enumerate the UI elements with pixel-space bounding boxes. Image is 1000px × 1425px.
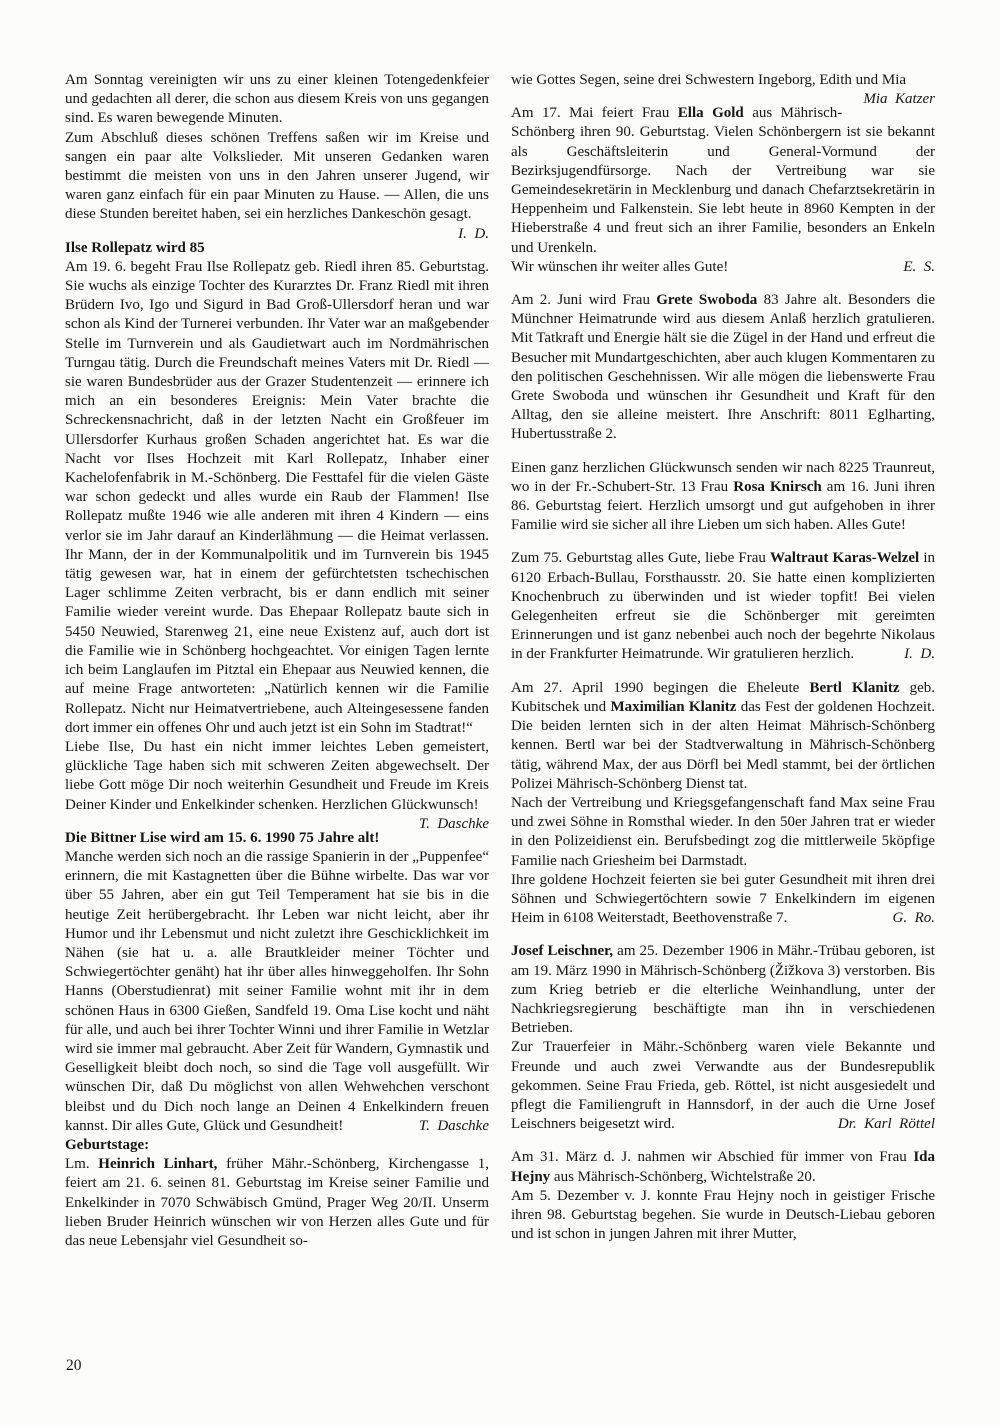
signature: Mia Katzer — [842, 90, 935, 109]
article-paragraph: wie Gottes Segen, seine drei Schwestern … — [511, 71, 935, 90]
article-paragraph: Manche werden sich noch an die rassige S… — [65, 848, 489, 1136]
article-paragraph: Am 31. März d. J. nahmen wir Abschied fü… — [511, 1148, 935, 1186]
page: Am Sonntag vereinigten wir uns zu einer … — [0, 0, 1000, 1425]
text-run: Nach der Vertreibung und Kriegsgefangens… — [511, 795, 935, 869]
person-name-bold: Bertl Klanitz — [809, 680, 899, 696]
article-paragraph: Zur Trauerfeier in Mähr.-Schönberg waren… — [511, 1038, 935, 1134]
article-paragraph: Josef Leischner, am 25. Dezember 1906 in… — [511, 942, 935, 1038]
person-name-bold: Maximilian Klanitz — [610, 699, 736, 715]
text-run: Die Bittner Lise wird am 15. 6. 1990 75 … — [65, 830, 379, 846]
text-run: Am 2. Juni wird Frau — [511, 292, 656, 308]
article-paragraph: Ihre goldene Hochzeit feierten sie bei g… — [511, 871, 935, 929]
text-run: Lm. — [65, 1156, 98, 1172]
person-name-bold: Josef Leischner, — [511, 943, 613, 959]
text-run: in 6120 Erbach-Bullau, Forsthausstr. 20.… — [511, 550, 935, 662]
article-paragraph: Am 27. April 1990 begingen die Eheleute … — [511, 679, 935, 794]
article-heading: Ilse Rollepatz wird 85 — [65, 239, 489, 258]
article-paragraph: Am 17. Mai feiert Frau Ella Gold aus Mäh… — [511, 104, 935, 258]
text-run: aus Mährisch-Schönberg, Wichtelstraße 20… — [550, 1169, 815, 1185]
text-run: Manche werden sich noch an die rassige S… — [65, 849, 489, 1134]
text-run: Ilse Rollepatz wird 85 — [65, 240, 205, 256]
text-run: Zum 75. Geburtstag alles Gute, liebe Fra… — [511, 550, 770, 566]
page-number: 20 — [66, 1356, 82, 1375]
text-run: Am 5. Dezember v. J. konnte Frau Hejny n… — [511, 1188, 935, 1242]
article-paragraph: Lm. Heinrich Linhart, früher Mähr.-Schön… — [65, 1155, 489, 1251]
person-name-bold: Waltraut Karas-Welzel — [770, 550, 919, 566]
person-name-bold: Rosa Knirsch — [733, 479, 821, 495]
text-run: Am 31. März d. J. nahmen wir Abschied fü… — [511, 1149, 913, 1165]
text-run: Am 19. 6. begeht Frau Ilse Rollepatz geb… — [65, 259, 489, 736]
text-run: wie Gottes Segen, seine drei Schwestern … — [511, 72, 906, 88]
article-paragraph: Am 5. Dezember v. J. konnte Frau Hejny n… — [511, 1187, 935, 1245]
signature: G. Ro. — [872, 909, 936, 928]
text-run: 83 Jahre alt. Besonders die Münchner Hei… — [511, 292, 935, 442]
person-name-bold: Grete Swoboda — [656, 292, 757, 308]
text-run: Wir wünschen ihr weiter alles Gute! — [511, 259, 728, 275]
article-paragraph: Zum 75. Geburtstag alles Gute, liebe Fra… — [511, 549, 935, 664]
right-column: wie Gottes Segen, seine drei Schwestern … — [511, 71, 935, 1251]
article-paragraph: Wir wünschen ihr weiter alles Gute!E. S. — [511, 258, 935, 277]
text-run: Am 27. April 1990 begingen die Eheleute — [511, 680, 809, 696]
text-run: Am Sonntag vereinigten wir uns zu einer … — [65, 72, 489, 126]
text-run: Geburtstage: — [65, 1137, 149, 1153]
article-paragraph: Liebe Ilse, Du hast ein nicht immer leic… — [65, 738, 489, 815]
signature: I. D. — [883, 645, 935, 664]
person-name-bold: Ella Gold — [678, 105, 744, 121]
article-paragraph: Einen ganz herzlichen Glückwunsch senden… — [511, 459, 935, 536]
article-heading: Geburtstage: — [65, 1136, 489, 1155]
signature: Dr. Karl Röttel — [817, 1115, 935, 1134]
text-run: Liebe Ilse, Du hast ein nicht immer leic… — [65, 739, 489, 813]
signature: T. Daschke — [398, 815, 489, 834]
text-run: Am 17. Mai feiert Frau — [511, 105, 678, 121]
text-run: Zum Abschluß dieses schönen Treffens saß… — [65, 130, 489, 223]
article-paragraph: Am 19. 6. begeht Frau Ilse Rollepatz geb… — [65, 258, 489, 738]
signature: I. D. — [437, 225, 489, 244]
text-run: aus Mährisch-Schönberg ihren 90. Geburts… — [511, 105, 935, 255]
article-paragraph: Am Sonntag vereinigten wir uns zu einer … — [65, 71, 489, 129]
signature: T. Daschke — [398, 1117, 489, 1136]
person-name-bold: Heinrich Linhart, — [98, 1156, 217, 1172]
article-paragraph: Zum Abschluß dieses schönen Treffens saß… — [65, 129, 489, 225]
left-column: Am Sonntag vereinigten wir uns zu einer … — [65, 71, 489, 1251]
text-columns: Am Sonntag vereinigten wir uns zu einer … — [65, 71, 935, 1251]
signature: E. S. — [882, 258, 935, 277]
article-paragraph: Am 2. Juni wird Frau Grete Swoboda 83 Ja… — [511, 291, 935, 445]
article-paragraph: Nach der Vertreibung und Kriegsgefangens… — [511, 794, 935, 871]
